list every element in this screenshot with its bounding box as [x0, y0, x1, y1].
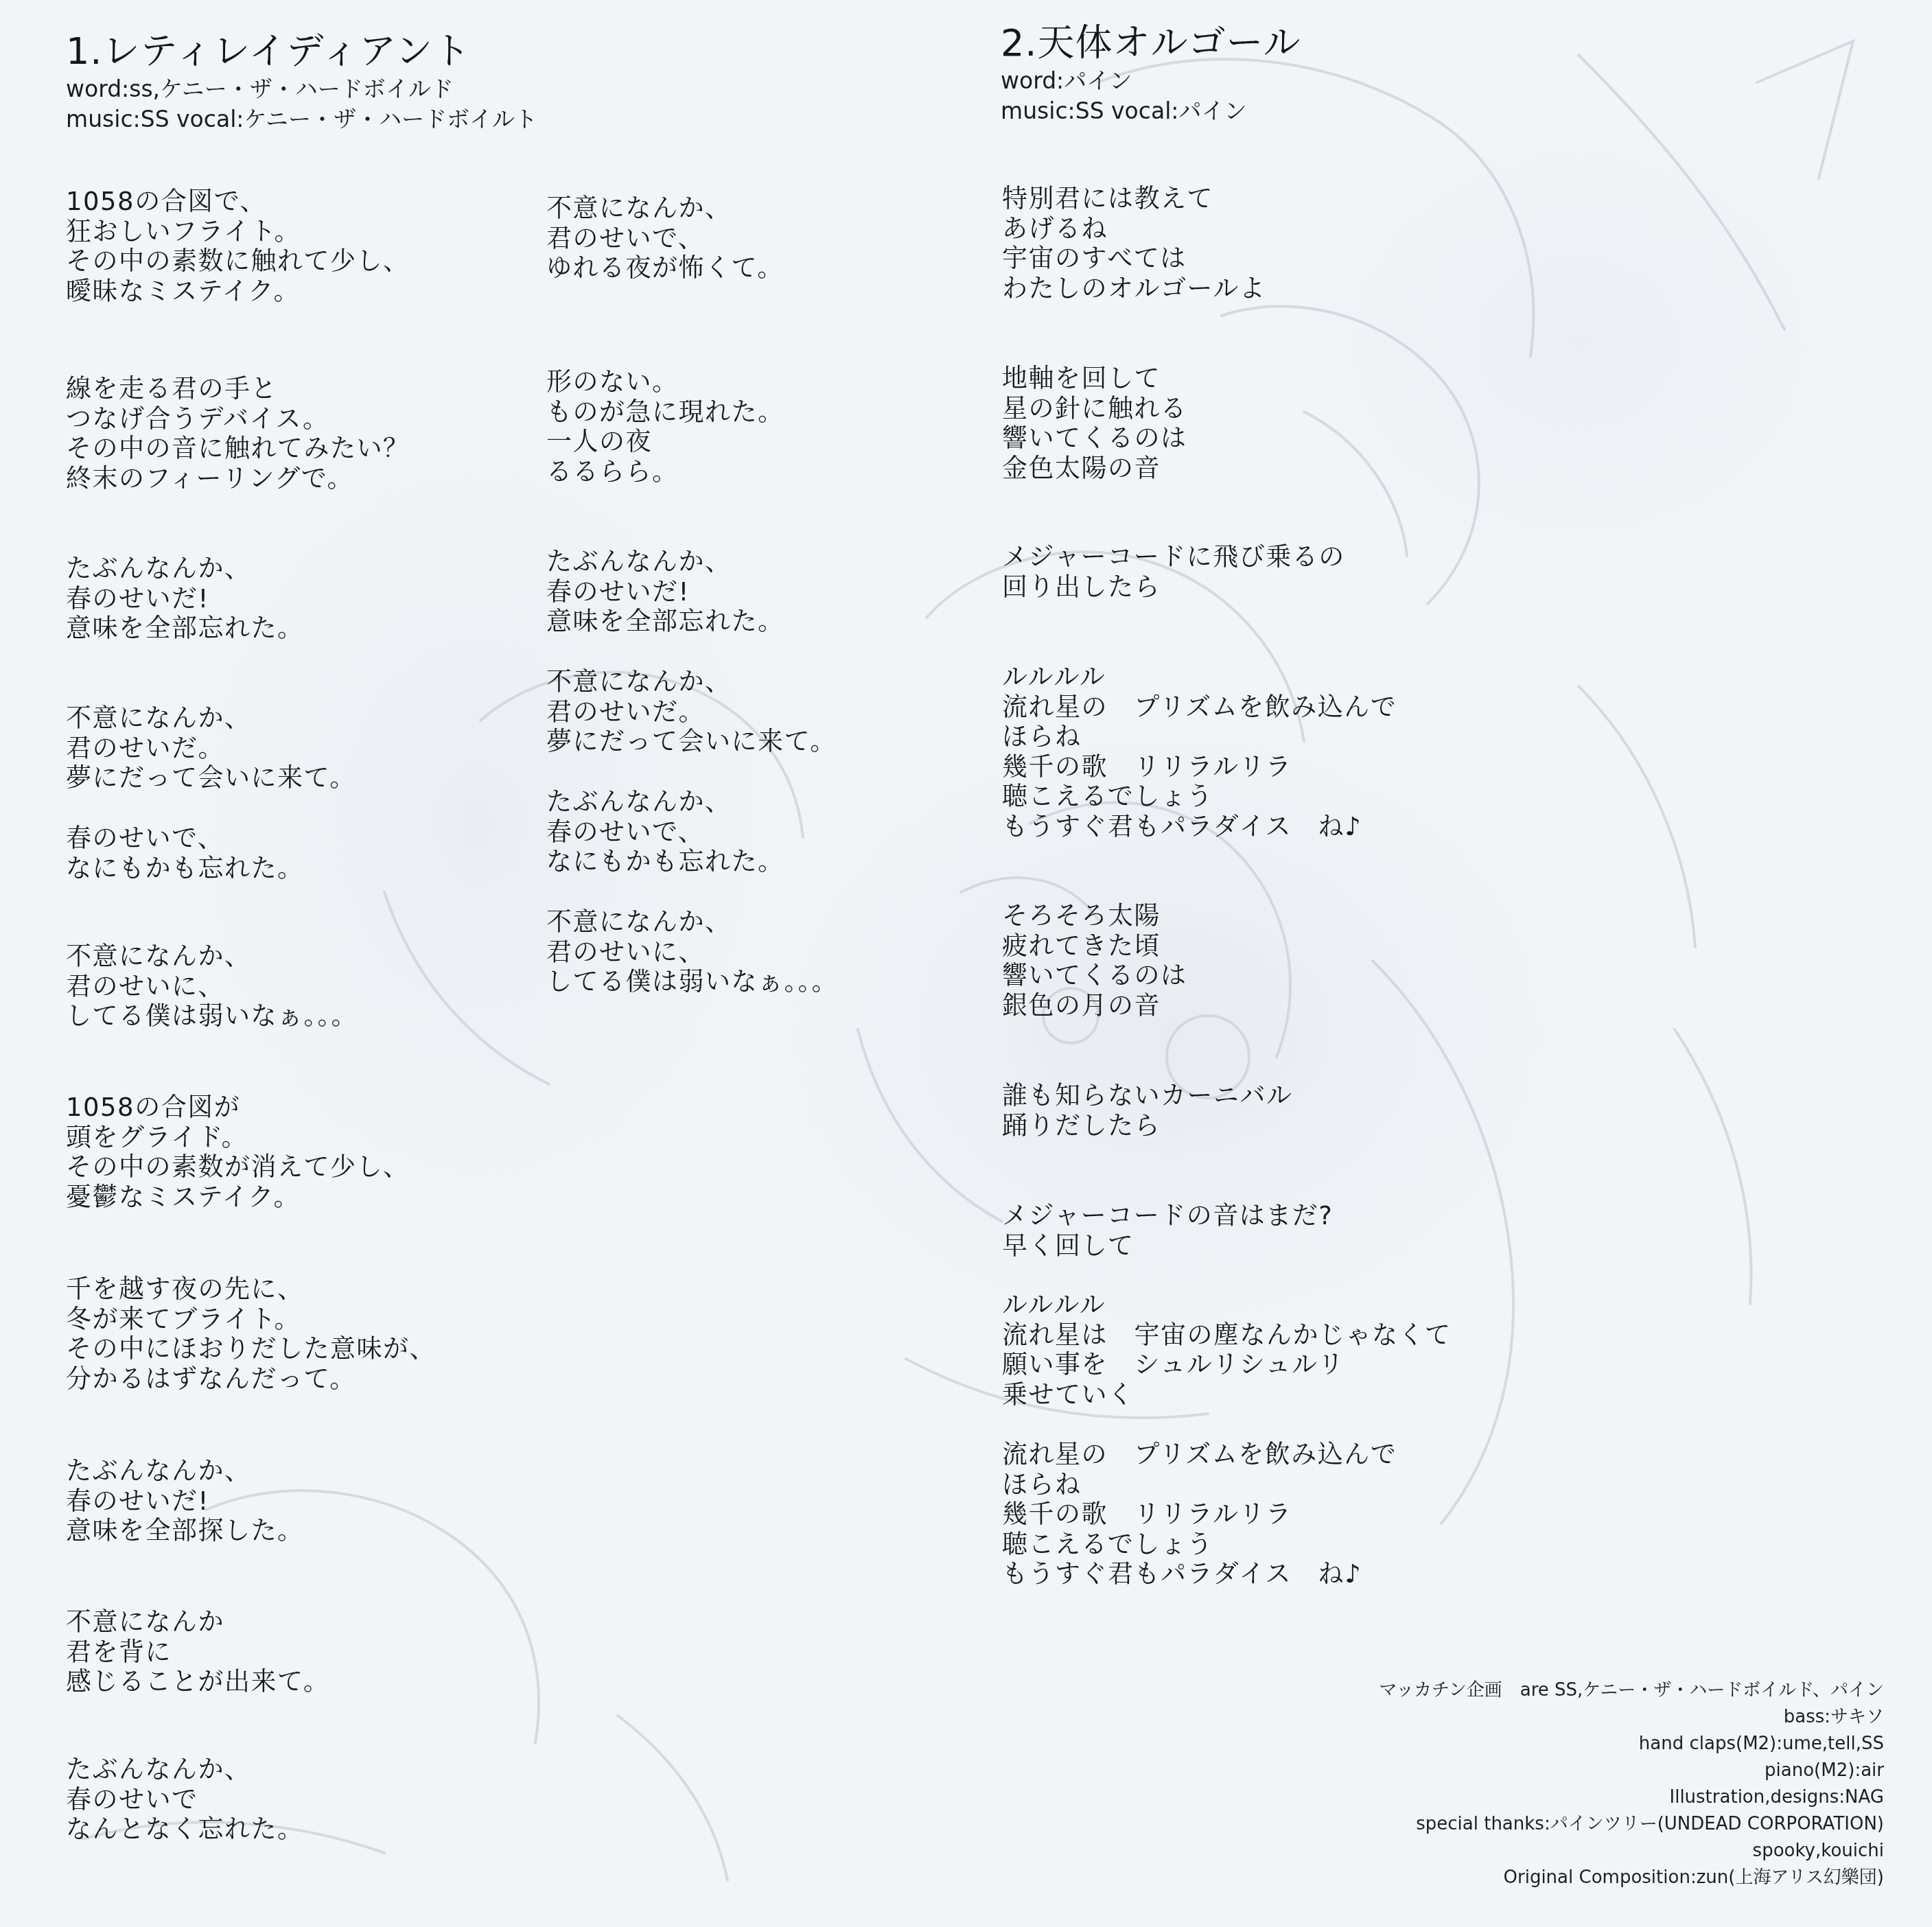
lyric-line: たぶんなんか、: [66, 1755, 304, 1785]
lyric-line: 頭をグライド。: [66, 1123, 410, 1153]
lyric-stanza: 1058の合図で、 狂おしいフライト。 その中の素数に触れて少し、 曖昧なミステ…: [66, 187, 410, 306]
lyric-stanza: メジャーコードに飛び乗るの 回り出したら: [1002, 542, 1345, 602]
track-1-header: 1.レティレイディアント word:ss,ケニー・ザ・ハードボイルド music…: [66, 29, 537, 135]
lyric-line: 特別君には教えて: [1002, 184, 1266, 214]
lyric-stanza: 線を走る君の手と つなげ合うデバイス。 その中の音に触れてみたい？ 終末のフィー…: [66, 374, 410, 493]
lyric-line: なにもかも忘れた。: [546, 847, 784, 877]
lyric-line: わたしのオルゴールよ: [1002, 274, 1266, 304]
staff-credit-special-thanks: special thanks:パインツリー(UNDEAD CORPORATION…: [1379, 1811, 1884, 1838]
lyric-line: 不意になんか、: [66, 942, 358, 972]
lyric-line: 憂鬱なミステイク。: [66, 1182, 410, 1213]
lyric-line: 宇宙のすべては: [1002, 244, 1266, 274]
lyric-line: 春のせいだ!: [66, 584, 304, 614]
lyric-line: 願い事を シュルリシュルリ: [1002, 1350, 1452, 1380]
lyric-stanza: 不意になんか、 君のせいに、 してる僕は弱いなぁ。。。: [546, 907, 838, 997]
lyric-line: 分かるはずなんだって。: [66, 1364, 436, 1394]
lyric-stanza: 特別君には教えて あげるね 宇宙のすべては わたしのオルゴールよ: [1002, 184, 1266, 303]
lyric-line: メジャーコードの音はまだ?: [1002, 1201, 1333, 1231]
staff-credits: マッカチン企画 are SS,ケニー・ザ・ハードボイルド、パイン bass:サキ…: [1379, 1677, 1884, 1891]
staff-credit-special-thanks-2: spooky,kouichi: [1379, 1838, 1884, 1865]
lyric-line: たぶんなんか、: [66, 1456, 304, 1486]
lyric-line: 君のせいだ。: [546, 697, 837, 727]
lyric-line: してる僕は弱いなぁ。。。: [66, 1001, 358, 1031]
lyric-line: 君のせいに、: [66, 972, 358, 1002]
lyric-line: 流れ星の プリズムを飲み込んで: [1002, 1440, 1397, 1470]
lyric-line: 君を背に: [66, 1637, 329, 1668]
lyric-stanza: 地軸を回して 星の針に触れる 響いてくるのは 金色太陽の音: [1002, 364, 1187, 483]
track-1-music-vocal-credit: music:SS vocal:ケニー・ザ・ハードボイルト: [66, 104, 537, 135]
lyric-stanza: 千を越す夜の先に、 冬が来てブライト。 その中にほおりだした意味が、 分かるはず…: [66, 1274, 436, 1394]
lyric-line: 一人の夜: [546, 427, 784, 457]
track-2-header: 2.天体オルゴール word:パイン music:SS vocal:パイン: [1001, 21, 1301, 126]
lyric-line: 1058の合図が: [66, 1093, 410, 1123]
lyric-stanza: たぶんなんか、 春のせいで、 なにもかも忘れた。: [546, 787, 784, 877]
lyric-line: 曖昧なミステイク。: [66, 277, 410, 307]
lyric-line: 流れ星の プリズムを飲み込んで: [1002, 692, 1397, 723]
lyric-line: ものが急に現れた。: [546, 397, 784, 428]
staff-credit-bass: bass:サキソ: [1379, 1704, 1884, 1731]
lyric-line: つなげ合うデバイス。: [66, 404, 410, 434]
lyric-line: 意味を全部忘れた。: [66, 614, 304, 644]
lyric-line: もうすぐ君もパラダイス ね♪: [1002, 812, 1397, 842]
lyric-line: その中にほおりだした意味が、: [66, 1334, 436, 1364]
lyric-line: 冬が来てブライト。: [66, 1305, 436, 1335]
lyric-line: 夢にだって会いに来て。: [546, 727, 837, 757]
lyric-line: 春のせいだ!: [66, 1486, 304, 1517]
lyric-line: 誰も知らないカーニバル: [1002, 1081, 1293, 1111]
lyric-line: 聴こえるでしょう: [1002, 782, 1397, 812]
lyric-stanza: 流れ星の プリズムを飲み込んで ほらね 幾千の歌 リリラルリラ 聴こえるでしょう…: [1002, 1440, 1397, 1589]
lyric-line: 夢にだって会いに来て。: [66, 763, 356, 793]
lyric-stanza: ルルルル 流れ星は 宇宙の塵なんかじゃなくて 願い事を シュルリシュルリ 乗せて…: [1002, 1290, 1452, 1410]
lyric-line: 春のせいで、: [66, 824, 304, 854]
lyric-stanza: 不意になんか 君を背に 感じることが出来て。: [66, 1607, 329, 1697]
lyric-line: 乗せていく: [1002, 1380, 1452, 1410]
lyric-line: たぶんなんか、: [66, 554, 304, 584]
lyric-line: 君のせいに、: [546, 937, 838, 968]
lyric-line: ほらね: [1002, 722, 1397, 752]
track-2-music-vocal-credit: music:SS vocal:パイン: [1001, 96, 1301, 126]
lyric-stanza: そろそろ太陽 疲れてきた頃 響いてくるのは 銀色の月の音: [1002, 901, 1187, 1020]
lyric-stanza: 不意になんか、 君のせいだ。 夢にだって会いに来て。: [66, 703, 356, 793]
lyric-line: 響いてくるのは: [1002, 961, 1187, 991]
lyric-line: なんとなく忘れた。: [66, 1814, 304, 1845]
lyric-line: 不意になんか、: [546, 667, 837, 697]
lyric-line: 幾千の歌 リリラルリラ: [1002, 752, 1397, 782]
track-2-word-credit: word:パイン: [1001, 66, 1301, 96]
lyric-stanza: 春のせいで、 なにもかも忘れた。: [66, 824, 304, 883]
lyric-line: 金色太陽の音: [1002, 454, 1187, 484]
lyric-stanza: 1058の合図が 頭をグライド。 その中の素数が消えて少し、 憂鬱なミステイク。: [66, 1093, 410, 1212]
track-1-word-credit: word:ss,ケニー・ザ・ハードボイルド: [66, 74, 537, 104]
lyric-line: 春のせいだ!: [546, 577, 784, 607]
lyric-line: 踊りだしたら: [1002, 1111, 1293, 1141]
lyric-line: メジャーコードに飛び乗るの: [1002, 542, 1345, 572]
lyric-stanza: たぶんなんか、 春のせいだ! 意味を全部探した。: [66, 1456, 304, 1546]
lyric-line: 不意になんか、: [66, 703, 356, 734]
lyric-line: 地軸を回して: [1002, 364, 1187, 394]
lyric-line: 銀色の月の音: [1002, 991, 1187, 1021]
lyric-line: その中の素数が消えて少し、: [66, 1152, 410, 1182]
lyric-line: 不意になんか、: [546, 194, 784, 224]
lyric-line: 不意になんか、: [546, 907, 838, 937]
lyric-line: ルルルル: [1002, 662, 1397, 692]
lyric-stanza: たぶんなんか、 春のせいだ! 意味を全部忘れた。: [66, 554, 304, 644]
lyric-line: 不意になんか: [66, 1607, 329, 1637]
lyric-line: 終末のフィーリングで。: [66, 464, 410, 494]
lyric-line: 疲れてきた頃: [1002, 931, 1187, 961]
lyric-line: 響いてくるのは: [1002, 423, 1187, 454]
lyric-line: ほらね: [1002, 1470, 1397, 1500]
track-1-title: 1.レティレイディアント: [66, 29, 537, 74]
lyric-line: してる僕は弱いなぁ。。。: [546, 967, 838, 997]
lyric-line: ルルルル: [1002, 1290, 1452, 1320]
lyric-line: 意味を全部探した。: [66, 1516, 304, 1546]
lyric-line: 線を走る君の手と: [66, 374, 410, 404]
staff-credit-illustration: Illustration,designs:NAG: [1379, 1784, 1884, 1811]
lyric-stanza: 不意になんか、 君のせいで、 ゆれる夜が怖くて。: [546, 194, 784, 283]
staff-credit-piano: piano(M2):air: [1379, 1757, 1884, 1784]
lyric-stanza: たぶんなんか、 春のせいで なんとなく忘れた。: [66, 1755, 304, 1845]
lyric-line: もうすぐ君もパラダイス ね♪: [1002, 1559, 1397, 1589]
lyric-line: 狂おしいフライト。: [66, 217, 410, 247]
lyric-stanza: ルルルル 流れ星の プリズムを飲み込んで ほらね 幾千の歌 リリラルリラ 聴こえ…: [1002, 662, 1397, 841]
track-2-title: 2.天体オルゴール: [1001, 21, 1301, 66]
lyric-line: 意味を全部忘れた。: [546, 607, 784, 637]
lyric-line: 千を越す夜の先に、: [66, 1274, 436, 1305]
lyric-line: 1058の合図で、: [66, 187, 410, 217]
lyric-line: 感じることが出来て。: [66, 1667, 329, 1697]
lyric-line: 君のせいだ。: [66, 734, 356, 764]
lyric-line: たぶんなんか、: [546, 787, 784, 817]
lyric-line: あげるね: [1002, 214, 1266, 244]
lyric-stanza: 形のない。 ものが急に現れた。 一人の夜 るるらら。: [546, 367, 784, 487]
lyric-line: 回り出したら: [1002, 572, 1345, 603]
lyric-line: ゆれる夜が怖くて。: [546, 253, 784, 283]
lyric-line: なにもかも忘れた。: [66, 854, 304, 884]
lyric-line: 流れ星は 宇宙の塵なんかじゃなくて: [1002, 1320, 1452, 1351]
lyric-line: 星の針に触れる: [1002, 394, 1187, 424]
lyric-line: そろそろ太陽: [1002, 901, 1187, 931]
lyric-line: たぶんなんか、: [546, 547, 784, 577]
lyric-line: その中の音に触れてみたい？: [66, 434, 410, 464]
staff-credit-hand-claps: hand claps(M2):ume,tell,SS: [1379, 1731, 1884, 1757]
staff-credit-original-composition: Original Composition:zun(上海アリス幻樂団): [1379, 1865, 1884, 1891]
lyric-line: 春のせいで: [66, 1785, 304, 1815]
lyric-line: 君のせいで、: [546, 224, 784, 254]
lyric-line: 早く回して: [1002, 1231, 1333, 1261]
lyric-line: その中の素数に触れて少し、: [66, 246, 410, 277]
lyric-stanza: 誰も知らないカーニバル 踊りだしたら: [1002, 1081, 1293, 1141]
lyric-stanza: たぶんなんか、 春のせいだ! 意味を全部忘れた。: [546, 547, 784, 637]
lyric-stanza: メジャーコードの音はまだ? 早く回して: [1002, 1201, 1333, 1261]
lyric-stanza: 不意になんか、 君のせいだ。 夢にだって会いに来て。: [546, 667, 837, 757]
lyric-line: 春のせいで、: [546, 817, 784, 848]
lyric-stanza: 不意になんか、 君のせいに、 してる僕は弱いなぁ。。。: [66, 942, 358, 1031]
lyric-line: 形のない。: [546, 367, 784, 397]
staff-credit-production: マッカチン企画 are SS,ケニー・ザ・ハードボイルド、パイン: [1379, 1677, 1884, 1704]
lyric-line: 聴こえるでしょう: [1002, 1530, 1397, 1560]
lyric-line: るるらら。: [546, 457, 784, 487]
lyric-line: 幾千の歌 リリラルリラ: [1002, 1499, 1397, 1530]
